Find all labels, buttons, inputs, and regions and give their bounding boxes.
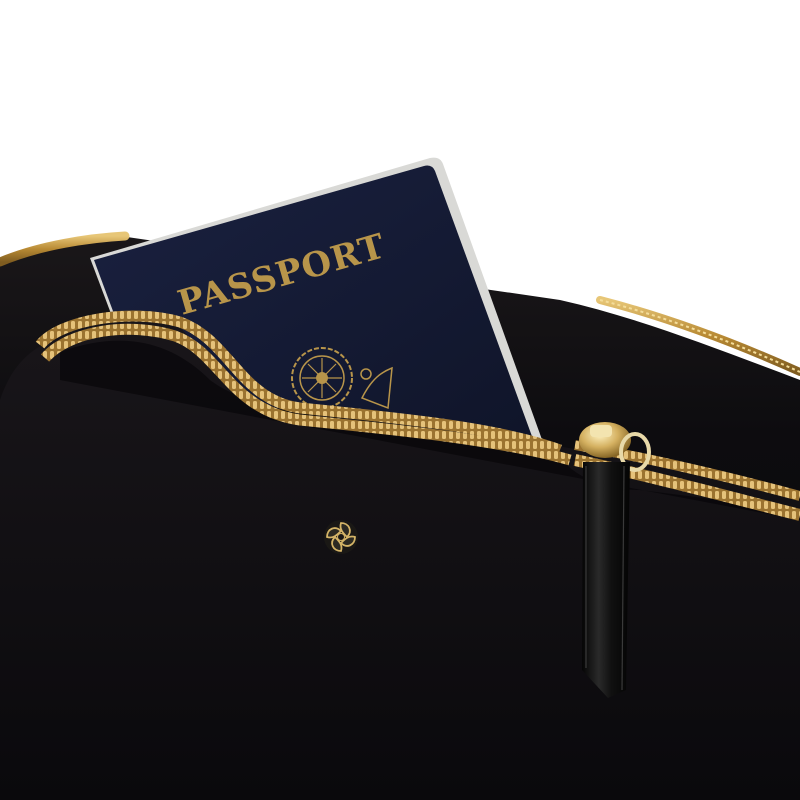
product-photo: PASSPORT xyxy=(0,0,800,800)
leather-zipper-pull[interactable] xyxy=(582,462,630,698)
flower-emblem-icon xyxy=(324,520,358,554)
